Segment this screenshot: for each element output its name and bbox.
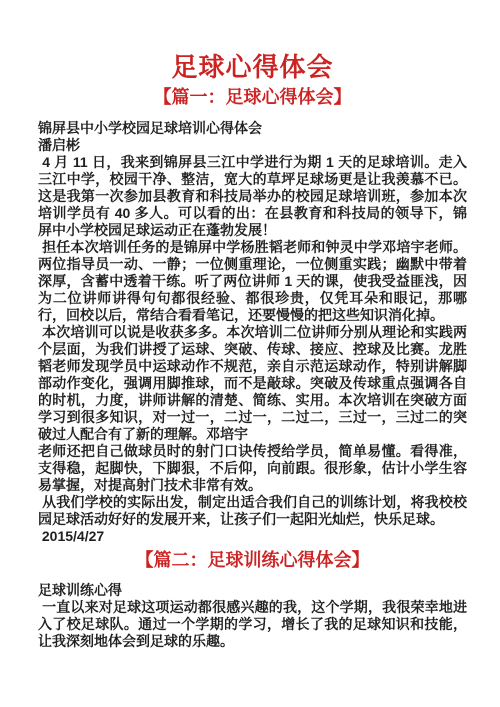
- section2-heading: 【篇二：足球训练心得体会】: [38, 549, 467, 571]
- document-page: 足球心得体会 【篇一：足球心得体会】 锦屏县中小学校园足球培训心得体会 潘启彬 …: [0, 0, 500, 707]
- section1-date: 2015/4/27: [38, 528, 467, 545]
- section2-body: 足球训练心得 一直以来对足球这项运动都很感兴趣的我，这个学期，我很荣幸地进入了校…: [38, 582, 467, 650]
- paragraph: 本次培训可以说是收获多多。本次培训二位讲师分别从理论和实践两个层面，为我们讲授了…: [38, 324, 467, 494]
- paragraph: 从我们学校的实际出发，制定出适合我们自己的训练计划，将我校校园足球活动好好的发展…: [38, 494, 467, 528]
- section1-body: 锦屏县中小学校园足球培训心得体会 潘启彬 4 月 11 日，我来到锦屏县三江中学…: [38, 120, 467, 545]
- paragraph: 担任本次培训任务的是锦屏中学杨胜韬老师和钟灵中学邓培宇老师。两位指导员一动、一静…: [38, 239, 467, 324]
- page-title: 足球心得体会: [38, 52, 467, 84]
- section1-author: 潘启彬: [38, 137, 467, 154]
- section1-subtitle: 锦屏县中小学校园足球培训心得体会: [38, 120, 467, 137]
- paragraph: 一直以来对足球这项运动都很感兴趣的我，这个学期，我很荣幸地进入了校足球队。通过一…: [38, 599, 467, 650]
- section2-subtitle: 足球训练心得: [38, 582, 467, 599]
- section1-heading: 【篇一：足球心得体会】: [38, 86, 467, 108]
- paragraph: 4 月 11 日，我来到锦屏县三江中学进行为期 1 天的足球培训。走入三江中学，…: [38, 154, 467, 239]
